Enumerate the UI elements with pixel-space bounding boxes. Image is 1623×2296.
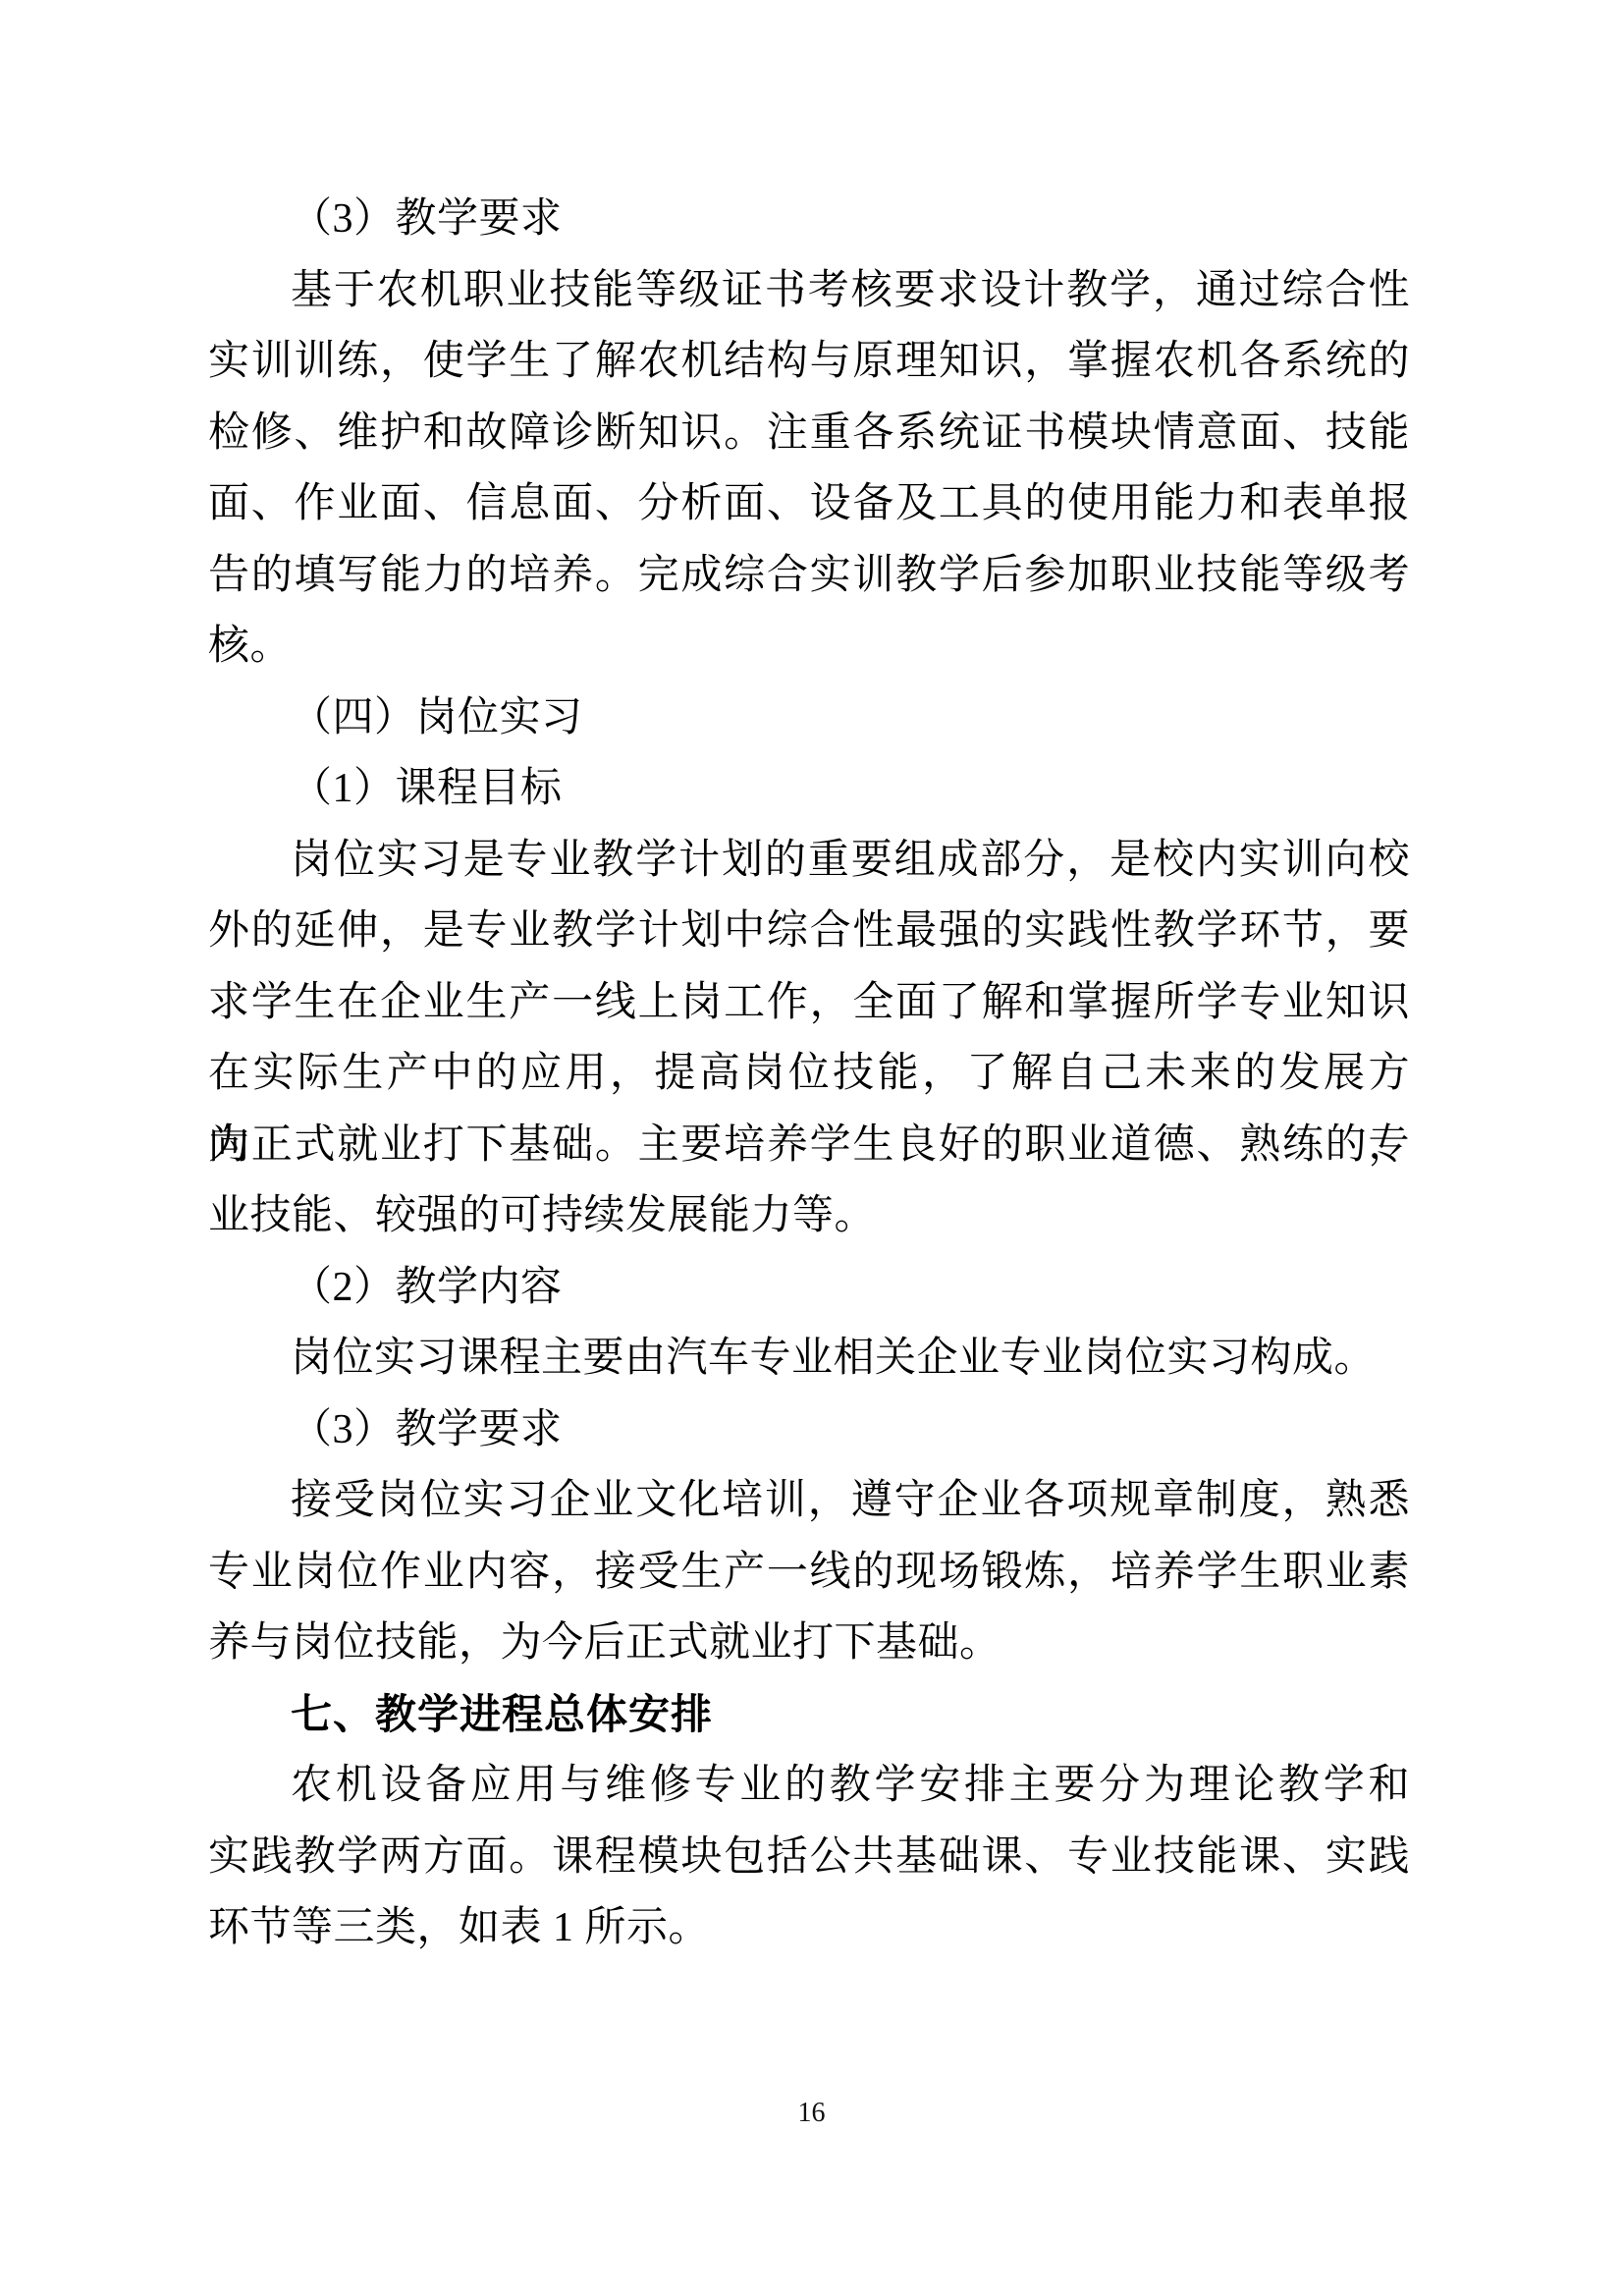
subsection-label: （2）教学内容 <box>208 1252 1410 1324</box>
document-page: （3）教学要求基于农机职业技能等级证书考核要求设计教学，通过综合性实训训练，使学… <box>0 0 1623 2296</box>
text-block: （3）教学要求基于农机职业技能等级证书考核要求设计教学，通过综合性实训训练，使学… <box>208 184 1410 1964</box>
paragraph-line: 实训训练，使学生了解农机结构与原理知识，掌握农机各系统的 <box>208 326 1410 398</box>
paragraph-line: 养与岗位技能，为今后正式就业打下基础。 <box>208 1608 1410 1679</box>
paragraph-line: 岗位实习是专业教学计划的重要组成部分，是校内实训向校 <box>208 825 1410 897</box>
paragraph-line: 实践教学两方面。课程模块包括公共基础课、专业技能课、实践 <box>208 1822 1410 1893</box>
paragraph-line: 面、作业面、信息面、分析面、设备及工具的使用能力和表单报 <box>208 468 1410 540</box>
paragraph-line: 基于农机职业技能等级证书考核要求设计教学，通过综合性 <box>208 255 1410 327</box>
paragraph-line: 核。 <box>208 611 1410 683</box>
paragraph-line: 岗位实习课程主要由汽车专业相关企业专业岗位实习构成。 <box>208 1323 1410 1394</box>
paragraph-line: 农机设备应用与维修专业的教学安排主要分为理论教学和 <box>208 1750 1410 1822</box>
paragraph-line: 业技能、较强的可持续发展能力等。 <box>208 1180 1410 1252</box>
page-number: 16 <box>0 2094 1623 2133</box>
paragraph-line: 接受岗位实习企业文化培训，遵守企业各项规章制度，熟悉 <box>208 1465 1410 1537</box>
paragraph-line: 在实际生产中的应用，提高岗位技能，了解自己未来的发展方向， <box>208 1038 1410 1110</box>
subsection-label: （3）教学要求 <box>208 184 1410 255</box>
paragraph-line: 环节等三类，如表 1 所示。 <box>208 1892 1410 1964</box>
paragraph-line: 检修、维护和故障诊断知识。注重各系统证书模块情意面、技能 <box>208 398 1410 469</box>
paragraph-line: 外的延伸，是专业教学计划中综合性最强的实践性教学环节，要 <box>208 896 1410 967</box>
subsection-label: （四）岗位实习 <box>208 683 1410 754</box>
paragraph-line: 告的填写能力的培养。完成综合实训教学后参加职业技能等级考 <box>208 540 1410 612</box>
paragraph-line: 专业岗位作业内容，接受生产一线的现场锻炼，培养学生职业素 <box>208 1537 1410 1609</box>
paragraph-line: 为正式就业打下基础。主要培养学生良好的职业道德、熟练的专 <box>208 1110 1410 1181</box>
section-heading: 七、教学进程总体安排 <box>208 1679 1410 1751</box>
subsection-label: （1）课程目标 <box>208 753 1410 825</box>
subsection-label: （3）教学要求 <box>208 1394 1410 1466</box>
paragraph-line: 求学生在企业生产一线上岗工作，全面了解和掌握所学专业知识 <box>208 967 1410 1039</box>
